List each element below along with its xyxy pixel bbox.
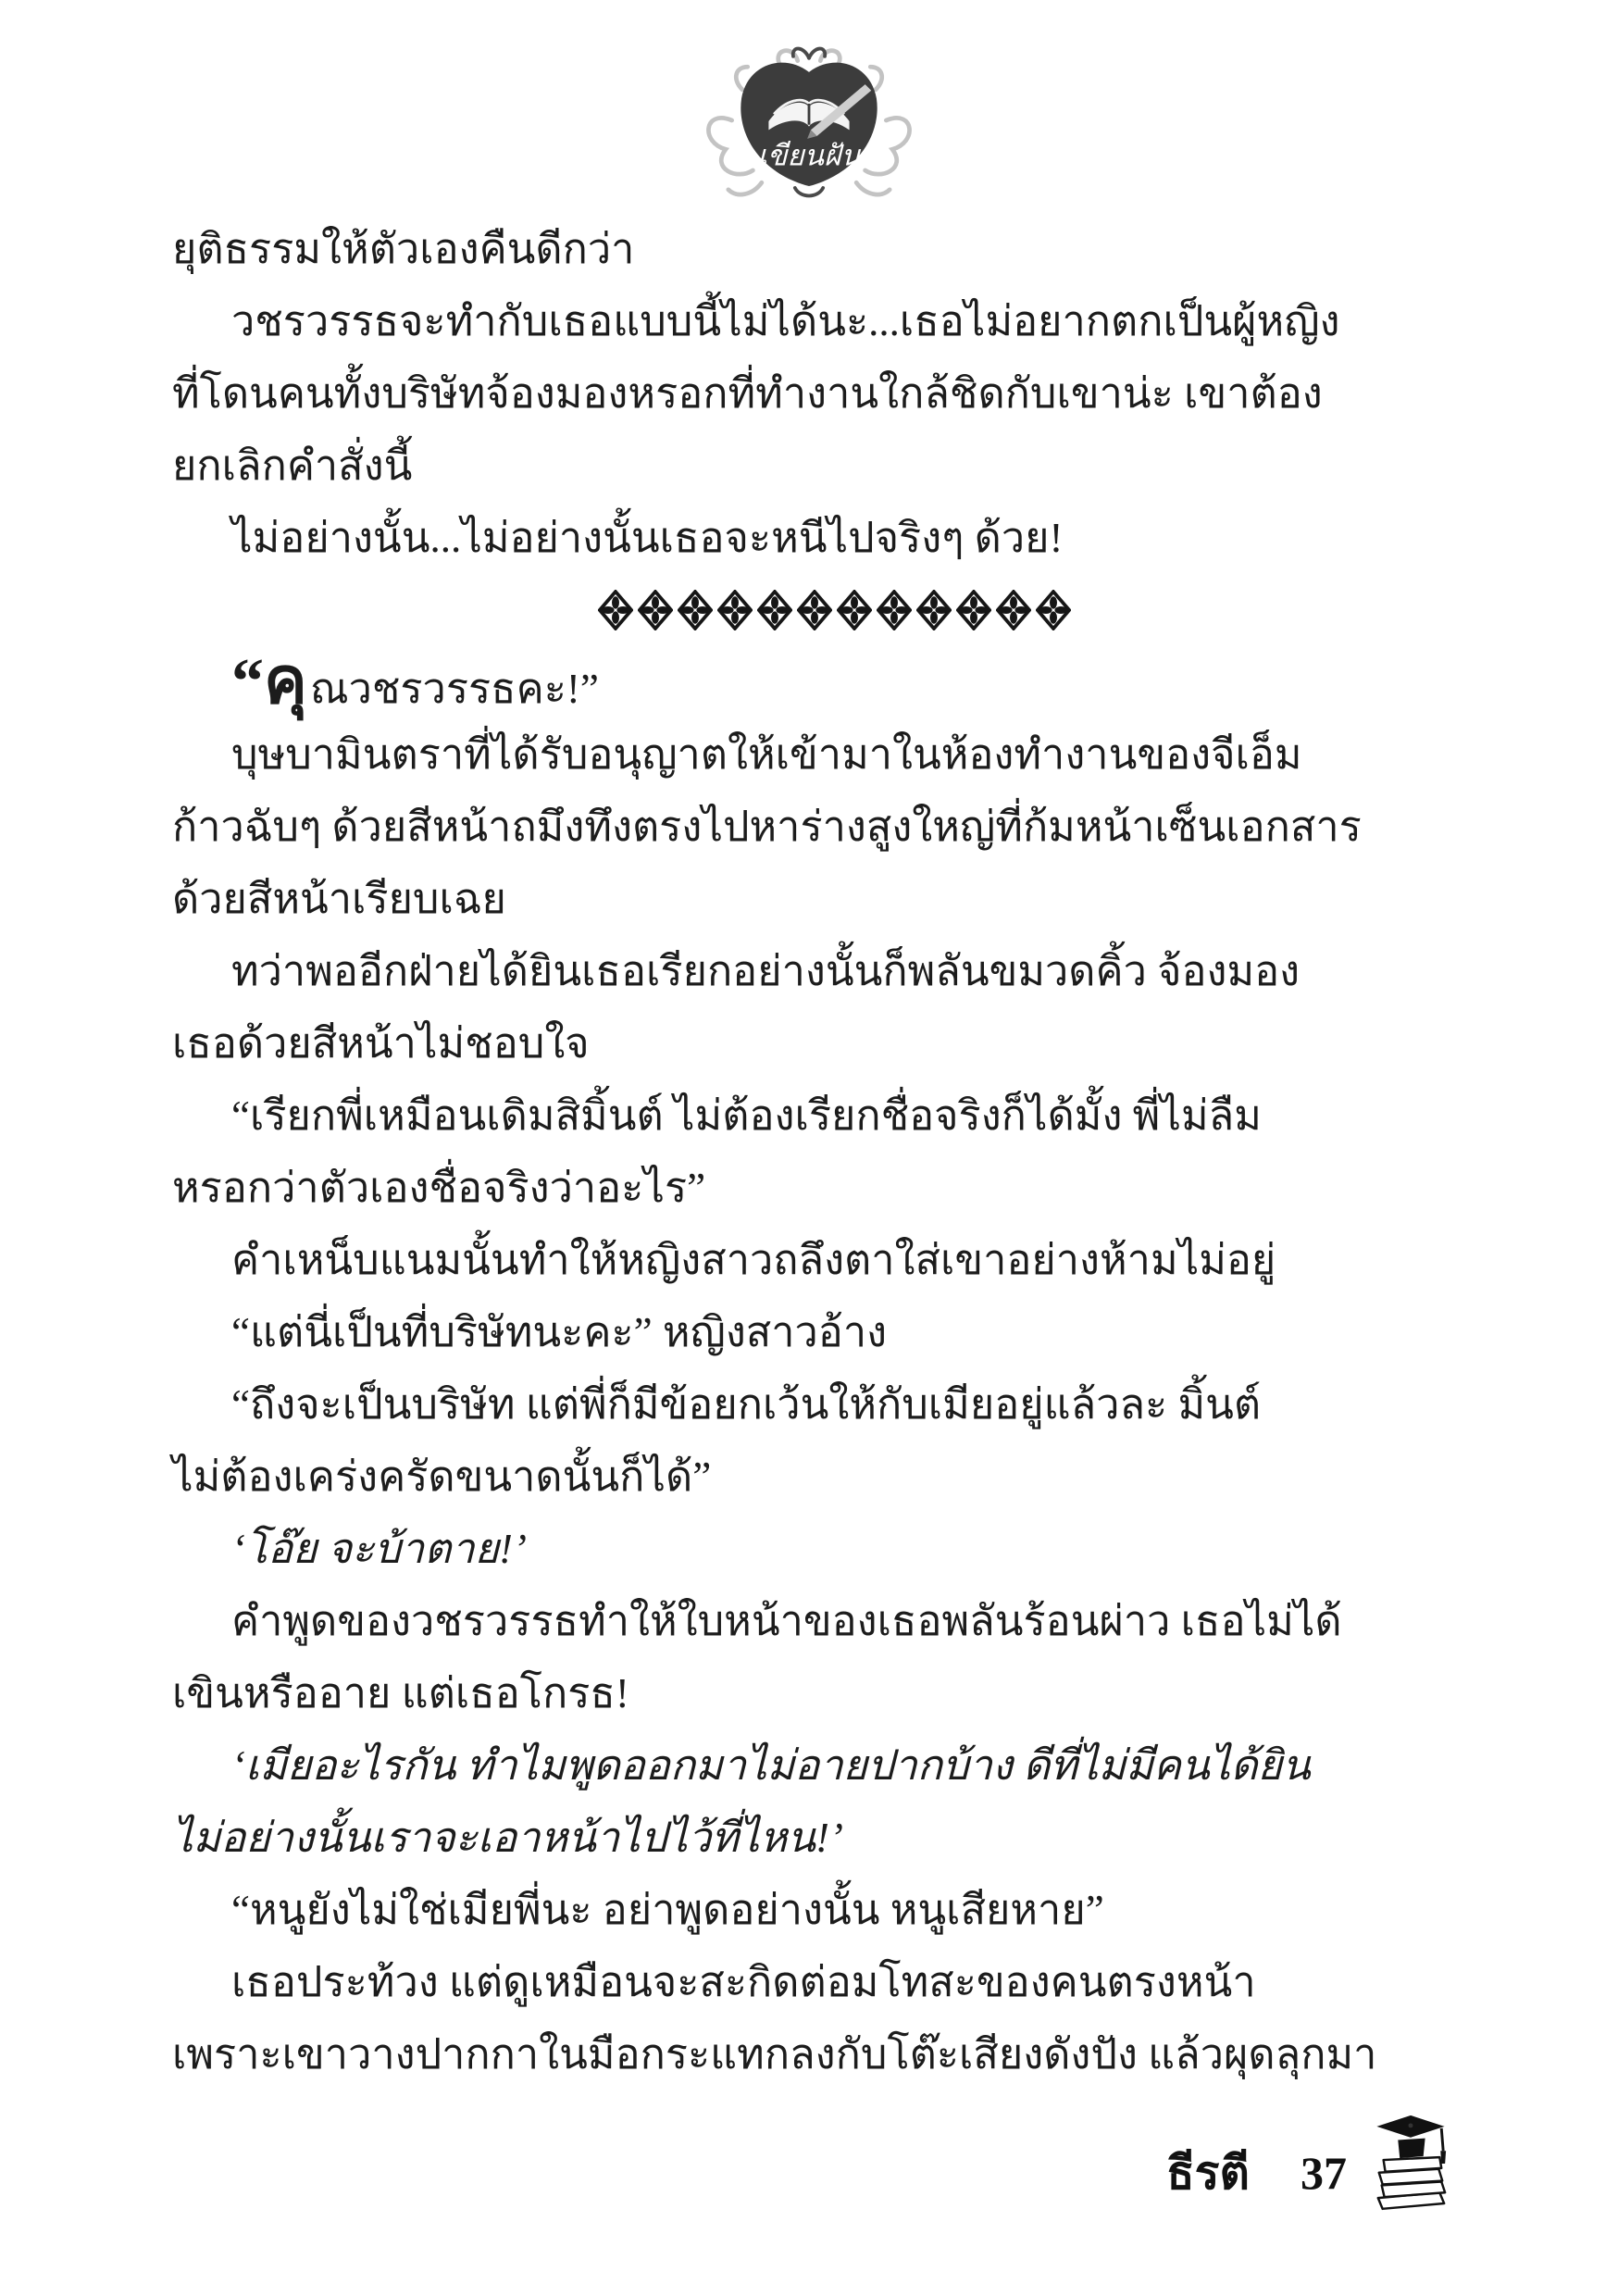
text-line: วชรวรรธจะทำกับเธอแบบนี้ไม่ได้นะ...เธอไม่… bbox=[172, 285, 1496, 357]
page-number: 37 bbox=[1301, 2147, 1347, 2199]
text-line: เขินหรืออาย แต่เธอโกรธ! bbox=[172, 1657, 1496, 1729]
text-line: ยกเลิกคำสั่งนี้ bbox=[172, 430, 1496, 502]
text-line: คำพูดของวชรวรรธทำให้ใบหน้าของเธอพลันร้อน… bbox=[172, 1585, 1496, 1657]
floral-diamond-icon bbox=[757, 590, 792, 630]
text-line: หรอกว่าตัวเองชื่อจริงว่าอะไร” bbox=[172, 1152, 1496, 1224]
floral-diamond-icon bbox=[916, 590, 952, 630]
floral-diamond-icon bbox=[996, 590, 1031, 630]
text-line: ก้าวฉับๆ ด้วยสีหน้าถมึงทึงตรงไปหาร่างสูง… bbox=[172, 791, 1496, 863]
text-line: ไม่อย่างนั้น...ไม่อย่างนั้นเธอจะหนีไปจริ… bbox=[172, 502, 1496, 574]
floral-diamond-icon bbox=[678, 590, 713, 630]
text-line: “แต่นี่เป็นที่บริษัทนะคะ” หญิงสาวอ้าง bbox=[172, 1296, 1496, 1368]
text-line: ไม่ต้องเคร่งครัดขนาดนั้นก็ได้” bbox=[172, 1441, 1496, 1513]
dropcap-rest: ณวชรวรรธคะ!” bbox=[310, 666, 599, 712]
section-divider bbox=[172, 574, 1496, 646]
text-line: เธอประท้วง แต่ดูเหมือนจะสะกิดต่อมโทสะของ… bbox=[172, 1946, 1496, 2018]
text-line: ‘เมียอะไรกัน ทำไมพูดออกมาไม่อายปากบ้าง ด… bbox=[172, 1729, 1496, 1802]
logo-bottom-curl bbox=[795, 188, 823, 196]
floral-diamond-icon bbox=[1036, 590, 1071, 630]
text-line: “หนูยังไม่ใช่เมียพี่นะ อย่าพูดอย่างนั้น … bbox=[172, 1874, 1496, 1946]
floral-diamond-icon bbox=[877, 590, 912, 630]
text-line: เพราะเขาวางปากกาในมือกระแทกลงกับโต๊ะเสีย… bbox=[172, 2018, 1496, 2090]
text-line: ‘โอ๊ย จะบ้าตาย!’ bbox=[172, 1513, 1496, 1585]
floral-diamond-icon bbox=[598, 590, 633, 630]
text-line: บุษบามินตราที่ได้รับอนุญาตให้เข้ามาในห้อ… bbox=[172, 718, 1496, 791]
text-line: ไม่อย่างนั้นเราจะเอาหน้าไปไว้ที่ไหน!’ bbox=[172, 1802, 1496, 1874]
text-line: ทว่าพออีกฝ่ายได้ยินเธอเรียกอย่างนั้นก็พล… bbox=[172, 935, 1496, 1007]
text-line: คำเหน็บแนมนั้นทำให้หญิงสาวถลึงตาใส่เขาอย… bbox=[172, 1224, 1496, 1296]
author-name: ธีรตี bbox=[1166, 2147, 1250, 2199]
floral-diamond-icon bbox=[956, 590, 991, 630]
floral-diamond-icon bbox=[638, 590, 673, 630]
text-line: ที่โดนคนทั้งบริษัทจ้องมองหรอกที่ทำงานใกล… bbox=[172, 357, 1496, 430]
text-line: “เรียกพี่เหมือนเดิมสิมิ้นต์ ไม่ต้องเรียก… bbox=[172, 1079, 1496, 1152]
publisher-logo: เขียนฝัน bbox=[678, 37, 941, 204]
text-line: ยุติธรรมให้ตัวเองคืนดีกว่า bbox=[172, 213, 1496, 285]
floral-diamond-icon bbox=[717, 590, 753, 630]
text-line: “ถึงจะเป็นบริษัท แต่พี่ก็มีข้อยกเว้นให้ก… bbox=[172, 1368, 1496, 1441]
floral-diamond-icon bbox=[837, 590, 872, 630]
dropcap-line: “คุณวชรวรรธคะ!” bbox=[172, 646, 1496, 718]
floral-diamond-icon bbox=[797, 590, 832, 630]
page-text: ยุติธรรมให้ตัวเองคืนดีกว่าวชรวรรธจะทำกับ… bbox=[172, 213, 1496, 2090]
book-page: เขียนฝัน ยุติธรรมให้ตัวเองคืนดีกว่าวชรวร… bbox=[0, 0, 1618, 2296]
page-footer: ธีรตี37 bbox=[1166, 2137, 1347, 2210]
graduation-cap bbox=[1375, 2115, 1447, 2164]
drop-cap: “คุ bbox=[231, 646, 307, 717]
text-line: เธอด้วยสีหน้าไม่ชอบใจ bbox=[172, 1007, 1496, 1079]
logo-text: เขียนฝัน bbox=[757, 139, 862, 171]
books-graduation-cap-icon bbox=[1369, 2107, 1450, 2216]
text-line: ด้วยสีหน้าเรียบเฉย bbox=[172, 863, 1496, 935]
